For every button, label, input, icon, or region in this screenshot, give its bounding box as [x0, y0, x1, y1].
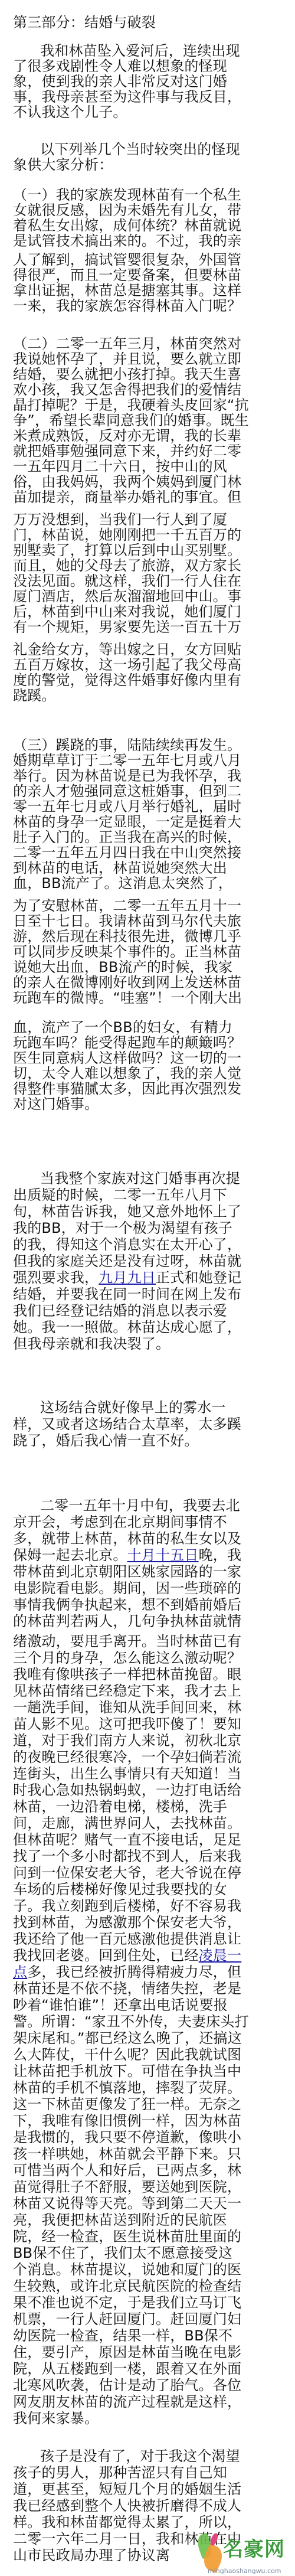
text-line: 林苗的身孕一定显眼，一定是挺着大	[13, 814, 241, 830]
text-line: 后，林苗到中山来对我说，她们厦门	[13, 603, 241, 620]
text-line: （三）蹊跷的事，陆陆续续再发生。	[13, 737, 241, 753]
text-line-with-link: 我找回老婆。回到住处，已经凌晨一	[13, 1947, 241, 1964]
text-line: 车场的后楼梯好像见过我要找的女	[13, 1881, 227, 1898]
text-line: 俗，由我妈妈，我两个姨妈到厦门林	[13, 474, 241, 490]
text-line: 一趟洗手间，谁知从洗手间回来，林	[13, 1699, 241, 1716]
text-line: 对这门婚事。	[13, 1096, 99, 1112]
text-line: 我已经感到整个人快被折磨得不成人	[13, 2497, 241, 2514]
logo-petal-icon	[209, 2532, 219, 2546]
text-line: 跷蹊。	[13, 687, 56, 704]
site-watermark: 名豪网 minghaoshangwu.com	[195, 2533, 295, 2576]
text-line: 我还给了他一百元感激他提供消息让	[13, 1931, 241, 1947]
text-line: 京开会，考虑到在北京期间事情不	[13, 1514, 227, 1530]
text-line: 第三部分：结婚与破裂	[13, 14, 156, 31]
date-link[interactable]: 十月十五日	[127, 1547, 199, 1563]
line-text: 强烈要求我，	[13, 1269, 99, 1286]
text-line: 切，太令人难以想象了，我的亲人觉	[13, 1065, 241, 1082]
text-line: 这一下林苗更像发了狂一样。无奈之	[13, 2096, 241, 2113]
text-line: 举行。因为林苗说是已为我怀孕，我	[13, 768, 241, 784]
text-line: 架床尾和。”都已经这么晚了，还搞这	[13, 2030, 242, 2046]
text-line: 样。我和林苗都觉得太累了，所以，	[13, 2514, 241, 2531]
text-line: 我何来家暴。	[13, 2410, 99, 2427]
text-line: 有一个规矩，男家要先送一百五十万	[13, 619, 241, 635]
text-line: 日至十七日。我请林苗到马尔代夫旅	[13, 913, 241, 929]
text-line: 结婚，并要我在同一时间在网上发布	[13, 1286, 241, 1302]
text-line: 医生同意病人这样做吗？这一切的一	[13, 1050, 241, 1066]
text-line: 血，流产了一个BB的妇女，有精力	[13, 1019, 232, 1036]
text-line: 么大阵仗，干什么呢？因此我就试图	[13, 2046, 241, 2063]
text-line: 女就很反感，因为未婚先有儿女，带	[13, 202, 241, 218]
text-line: 我说她怀孕了，并且说，要么就立即	[13, 351, 241, 367]
text-line: 院，从五楼跑到一楼，跟着又在外面	[13, 2360, 241, 2377]
text-line: 三个月的身孕，怎么能这么激动呢？	[13, 1650, 241, 1666]
text-line: 晶打掉呢？于是，我硬着头皮回家“抗	[13, 397, 249, 413]
text-line: 得很严，而且一定要备案，但要林苗	[13, 267, 241, 283]
text-line: 可以同步反映某个事件的。正当林苗	[13, 943, 241, 960]
text-line: 二零一五年十月中旬，我要去北	[13, 1497, 240, 1514]
text-line: 就把婚事勉强同意下来，并约好二零	[13, 443, 241, 459]
line-text: 我找回老婆。回到住处，已经	[13, 1947, 199, 1964]
text-line: 旬，林苗告诉我，她又意外地怀上了	[13, 1203, 241, 1220]
text-line: 苗人影不见。这可把我吓傻了！要知	[13, 1716, 241, 1732]
text-line-with-link: 点多，我已经被折腾得精疲力尽，但	[13, 1964, 241, 1980]
text-line-with-link: 保姆一起去北京。十月十五日晚，我	[13, 1547, 241, 1563]
text-line: 样，又或者这场结合太草率，太多蹊	[13, 1416, 241, 1432]
text-line: 子。我立刻跑到后楼梯，好不容易我	[13, 1898, 241, 1914]
text-line: 生较熟，或许北京民航医院的检查结	[13, 2278, 241, 2294]
text-line: 拿出证据，林苗总是搪塞其事。这样	[13, 282, 241, 299]
text-line: 事情我俩争执起来，想不到婚前婚后	[13, 1596, 241, 1613]
text-line: 到林苗的电话，林苗说她突然大出	[13, 860, 227, 876]
text-line: 这场结合就好像早上的雾水一	[13, 1399, 226, 1416]
text-line: 度的警觉，觉得这件婚事好像内里有	[13, 672, 241, 688]
text-line: 见林苗情绪已经稳定下来，我才去上	[13, 1683, 241, 1699]
text-line: 时我心急如热锅蚂蚁，一边打电话给	[13, 1782, 241, 1798]
text-line: 肚子入门的。正当我在高兴的时候，	[13, 829, 241, 845]
text-line: 但我的家庭关还是没有过呀，林苗就	[13, 1253, 241, 1269]
text-line: 可惜当两个人和好后，已两点多，林	[13, 2162, 241, 2179]
text-line: 结婚，要么就把小孩打掉。我天生喜	[13, 366, 241, 383]
text-line: 一五年四月二十六日，按中山的风	[13, 458, 227, 475]
text-line: 道，对于我们南方人来说，初秋北京	[13, 1732, 241, 1749]
text-line: 带林苗到北京朝阳区姚家园路的一家	[13, 1563, 241, 1580]
text-line: 北寒风吹袭，估计是动了胎气。各位	[13, 2377, 241, 2394]
text-line: 孩子的男人，那种苦涩只有自己知	[13, 2464, 227, 2481]
text-line: 米煮成熟饭，反对亦无谓，我的长辈	[13, 427, 241, 444]
text-line: 多，就带上林苗，林苗的私生女以及	[13, 1530, 241, 1547]
text-line: 礼金给女方，等出嫁之日，女方回贴	[13, 641, 241, 658]
text-line: 但林苗呢？赌气一直不接电话，足足	[13, 1831, 241, 1848]
text-line: 机票，一行人赶回厦门。赶回厦门妇	[13, 2311, 241, 2327]
text-line: 住，要引产，原因是林苗当晚在电影	[13, 2344, 241, 2360]
text-line: 林苗还是不依不挠，情绪失控，老是	[13, 1980, 241, 1997]
text-line: 玩跑车的微博。“哇塞”！一个刚大出	[13, 990, 242, 1006]
text-line: 苗加提亲，商量举办婚礼的事宜。但	[13, 489, 241, 505]
text-line: 为了安慰林苗，二零一五年五月十一	[13, 897, 241, 914]
text-line: 林苗的手机不慎落地，摔裂了荧屏。	[13, 2079, 241, 2096]
text-line: 幼医院一检查，结果一样，BB保不	[13, 2327, 232, 2344]
text-line: 当我整个家族对这门婚事再次提	[13, 1170, 240, 1187]
watermark-name: 名豪网	[223, 2538, 285, 2561]
line-text: 晚，我	[199, 1547, 242, 1563]
text-line: 不认我这个儿子。	[13, 104, 127, 120]
text-line: 没法见面。就这样，我们一行人住在	[13, 573, 241, 589]
line-text: 多，我已经被折腾得精疲力尽，但	[27, 1964, 241, 1980]
text-line-with-link: 强烈要求我，九月九日正式和她登记	[13, 1269, 241, 1286]
text-line: 象供大家分析：	[13, 156, 113, 173]
text-line: 游，然后现在科技很先进，微博几乎	[13, 928, 241, 945]
text-line: 的亲人在微博刚好收到网上发送林苗	[13, 974, 241, 991]
text-line: 跷了，婚后我心情一直不好。	[13, 1432, 199, 1449]
text-line: 孩子是没有了，对于我这个渴望	[13, 2448, 240, 2464]
text-line: 出质疑的时候，二零一五年八月下	[13, 1187, 227, 1203]
text-line: 间，走廊，满世界问人，去找林苗。	[13, 1815, 241, 1831]
date-link[interactable]: 点	[13, 1964, 27, 1980]
text-line: 的我，得知这个消息实在太开心了，	[13, 1236, 241, 1253]
text-line: 零一五年七月或八月举行婚礼，届时	[13, 798, 241, 815]
text-line: 争”，希望长辈同意我们的婚事。既生	[13, 412, 249, 429]
text-line: 我和林苗坠入爱河后，连续出现	[13, 43, 240, 59]
text-line: 吵着“谁怕谁”！还拿出电话说要报	[13, 1997, 228, 2013]
text-line: 二零一五年五月四日我在中山突然接	[13, 844, 241, 861]
text-line: 孩一样哄她，林苗就会平静下来。只	[13, 2146, 241, 2162]
text-line: 她。我一一照做。林苗达成心愿了，	[13, 1319, 241, 1336]
text-line: 的亲人才勉强同意这桩婚事，但到二	[13, 783, 241, 799]
watermark-url: minghaoshangwu.com	[208, 2567, 281, 2575]
text-line: 五百万嫁妆，这一场引起了我父母高	[13, 657, 241, 673]
text-line: BB保不住了，我们太不愿意接受这	[13, 2245, 232, 2261]
text-line: 连街头，出生么事情只有天知道！当	[13, 1765, 241, 1782]
text-line: 的夜晚已经很寒冷，一个孕妇倘若流	[13, 1749, 241, 1765]
text-line: 苗觉得肚子不舒服，要送她到医院，	[13, 2179, 241, 2195]
text-line: 我的BB，对于一个极为渴望有孩子	[13, 1220, 232, 1236]
text-line: 院，经一检查，医生说林苗肚里面的	[13, 2228, 241, 2245]
text-line: 山市民政局办理了协议离	[13, 2547, 170, 2564]
text-line: 象，使到我的亲人非常反对这门婚	[13, 73, 227, 90]
text-line: 绪激动，要甩手离开。当时林苗已有	[13, 1633, 241, 1650]
text-line: 是我惯的，我只要不停道歉，像哄小	[13, 2129, 241, 2146]
text-line: 找到林苗，为感激那个保安老大爷，	[13, 1914, 241, 1931]
text-line: 但我母亲就和我决裂了。	[13, 1336, 170, 1352]
text-line: 个消息。林苗提议，说她和厦门的医	[13, 2261, 241, 2278]
text-line: 而且，她的父母去了旅游，双方家长	[13, 557, 241, 574]
text-line: （二）二零一五年三月，林苗突然对	[13, 335, 241, 352]
text-line: 道，更甚至，短短几个月的婚姻生活	[13, 2481, 241, 2497]
line-text: 保姆一起去北京。	[13, 1547, 127, 1563]
text-line: 我们已经登记结婚的消息以表示爱	[13, 1302, 227, 1319]
text-line: 婚期草草订于二零一五年七月或八月	[13, 752, 241, 769]
text-line: 别墅卖了，打算以后到中山买别墅。	[13, 542, 241, 559]
text-line: 下，我唯有像旧惯例一样，因为林苗	[13, 2113, 241, 2129]
text-line: 的林苗判若两人，几句争执林苗就情	[13, 1613, 241, 1630]
text-line: 说她大出血，BB流产的时候，我家	[13, 959, 232, 975]
text-line: 网友朋友林苗的流产过程就是这样，	[13, 2394, 241, 2410]
text-line: 找了一个多小时都找不到人，后来我	[13, 1848, 241, 1865]
text-line: 欢小孩，我又怎舍得把我们的爱情结	[13, 381, 241, 398]
text-line: 着私生女出嫁，成何体统？林苗就说	[13, 217, 241, 234]
text-line: 让林苗把手机放下。可惜在争执当中	[13, 2063, 241, 2079]
text-line: 电影院看电影。期间，因一些琐碎的	[13, 1580, 241, 1596]
text-line: 厦门酒店，然后灰溜溜地回中山。事	[13, 588, 241, 605]
text-line: 我唯有像哄孩子一样把林苗挽留。眼	[13, 1666, 241, 1683]
text-line: 人了解到，搞试管婴很复杂，外国管	[13, 252, 241, 268]
text-line: 门，林苗说，她刚刚把一千五百万的	[13, 527, 241, 543]
text-line: 了很多戏剧性令人难以想象的怪现	[13, 58, 227, 74]
text-line: 事，我母亲甚至为这件事与我反目，	[13, 89, 241, 105]
text-line: 万万没想到，当我们一行人到了厦	[13, 511, 227, 528]
text-line: 是试管技术搞出来的。不过，我的亲	[13, 233, 241, 249]
text-line: 问到一位保安老大爷，老大爷说在停	[13, 1865, 241, 1881]
text-line: 得整件事猫腻太多，因此再次强烈发	[13, 1080, 241, 1097]
text-line: 一来，我的家族怎容得林苗入门呢？	[13, 298, 241, 314]
text-line: 警。所谓：“家丑不外传，夫妻床头打	[13, 2013, 249, 2030]
line-text: 正式和她登记	[156, 1269, 241, 1286]
text-line: 亮，我便把林苗送到附近的民航医	[13, 2212, 227, 2228]
text-line: 林苗又说得等天亮。等到第二天天一	[13, 2195, 241, 2212]
text-line: 林苗，一边沿着电梯，楼梯，洗手	[13, 1798, 227, 1815]
date-link[interactable]: 凌晨一	[199, 1947, 242, 1964]
text-line: 以下列举几个当时较突出的怪现	[13, 141, 240, 158]
text-line: 血，BB流产了。这消息太突然了，	[13, 875, 232, 892]
text-line: 玩跑车吗？能受得起跑车的颠簸吗？	[13, 1034, 241, 1051]
text-line: （一）我的家族发现林苗有一个私生	[13, 187, 241, 203]
text-line: 果不准也说不定，于是我们立马订飞	[13, 2294, 241, 2311]
date-link[interactable]: 九月九日	[99, 1269, 156, 1286]
